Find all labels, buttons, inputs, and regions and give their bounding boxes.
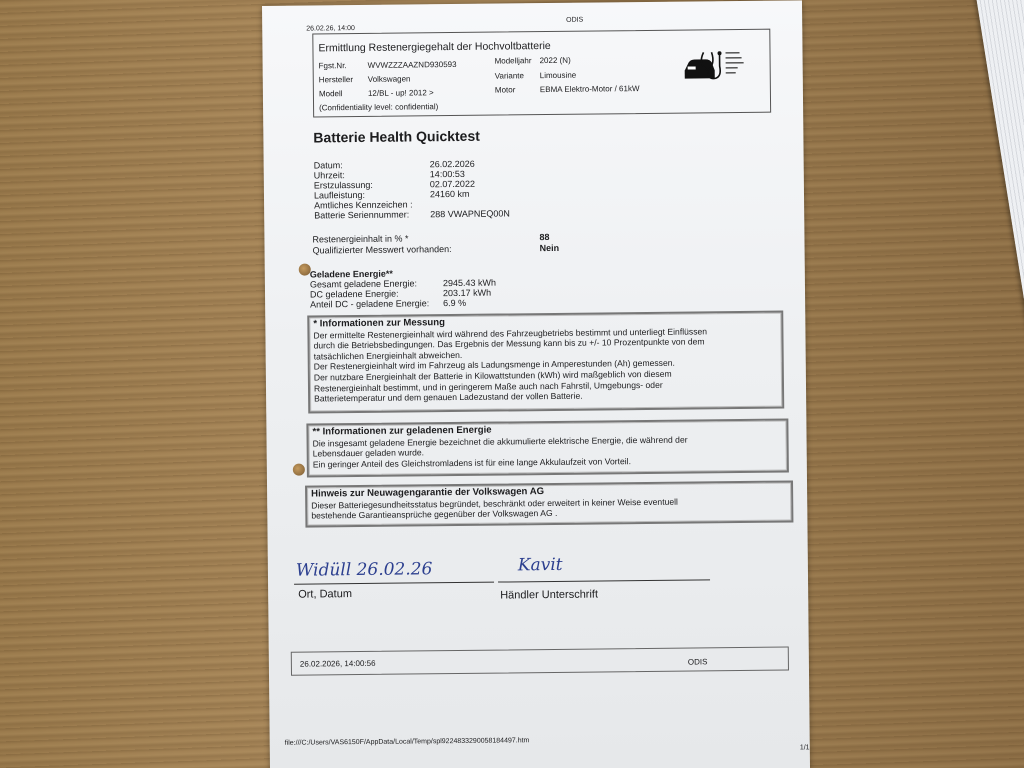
field-modell-label: Modell bbox=[319, 89, 343, 98]
energy-value: 6.9 % bbox=[443, 298, 466, 308]
print-footer-page: 1/1 bbox=[800, 744, 810, 751]
field-motor-value: EBMA Elektro-Motor / 61kW bbox=[540, 84, 640, 94]
charged-energy: Geladene Energie** Gesamt geladene Energ… bbox=[310, 268, 429, 309]
field-modelljahr-value: 2022 (N) bbox=[540, 56, 571, 65]
result-row-qualifiziert: Qualifizierter Messwert vorhanden:Nein bbox=[313, 244, 452, 256]
energy-value: 203.17 kWh bbox=[443, 288, 491, 299]
warranty-note-box: Hinweis zur Neuwagengarantie der Volkswa… bbox=[305, 480, 793, 527]
place-date-handwriting: Widüll 26.02.26 bbox=[296, 559, 433, 580]
vehicle-info: Datum:26.02.2026 Uhrzeit:14:00:53 Erstzu… bbox=[314, 160, 315, 220]
energy-row-anteil: Anteil DC - geladene Energie:6.9 % bbox=[310, 298, 429, 309]
result-label: Qualifizierter Messwert vorhanden: bbox=[313, 244, 452, 255]
info-label: Batterie Seriennummer: bbox=[314, 209, 409, 220]
field-variante-label: Variante bbox=[495, 71, 524, 80]
field-modelljahr-label: Modelljahr bbox=[495, 56, 532, 65]
info-value: 14:00:53 bbox=[430, 169, 465, 179]
info-label: Datum: bbox=[314, 160, 343, 170]
info-measurement-box: * Informationen zur Messung Der ermittel… bbox=[307, 311, 784, 414]
dealer-signature-label: Händler Unterschrift bbox=[500, 589, 598, 602]
car-diagnostic-stethoscope-icon bbox=[681, 48, 761, 83]
info-value: 24160 km bbox=[430, 189, 470, 199]
paper-stack bbox=[975, 0, 1024, 543]
info-label: Uhrzeit: bbox=[314, 170, 345, 180]
result-value: 88 bbox=[539, 232, 549, 243]
print-header-datetime: 26.02.26, 14:00 bbox=[306, 25, 355, 33]
info-value: 26.02.2026 bbox=[430, 159, 475, 169]
place-date-label: Ort, Datum bbox=[298, 588, 352, 601]
print-footer-path: file:///C:/Users/VAS6150F/AppData/Local/… bbox=[285, 737, 530, 747]
info-charged-box: ** Informationen zur geladenen Energie D… bbox=[306, 419, 789, 478]
field-fgst-label: Fgst.Nr. bbox=[319, 61, 347, 70]
info-label: Erstzulassung: bbox=[314, 180, 373, 191]
confidentiality-note: (Confidentiality level: confidential) bbox=[319, 102, 438, 112]
result-value: Nein bbox=[539, 243, 559, 254]
field-variante-value: Limousine bbox=[540, 71, 577, 80]
field-modell-value: 12/BL - up! 2012 > bbox=[368, 88, 434, 98]
info-value: 02.07.2022 bbox=[430, 179, 475, 189]
energy-value: 2945.43 kWh bbox=[443, 278, 496, 289]
field-hersteller-label: Hersteller bbox=[319, 75, 353, 84]
dealer-signature: Kavit bbox=[518, 555, 563, 575]
vehicle-header-box: Ermittlung Restenergiegehalt der Hochvol… bbox=[312, 29, 771, 118]
document-title: Batterie Health Quicktest bbox=[313, 128, 480, 146]
info-label: Laufleistung: bbox=[314, 190, 365, 201]
print-header-app: ODIS bbox=[566, 17, 583, 24]
header-title: Ermittlung Restenergiegehalt der Hochvol… bbox=[318, 40, 550, 54]
field-fgst-value: WVWZZZAAZND930593 bbox=[368, 60, 457, 70]
footer-box: 26.02.2026, 14:00:56 ODIS bbox=[291, 647, 789, 676]
punch-hole bbox=[293, 464, 305, 476]
footer-datetime: 26.02.2026, 14:00:56 bbox=[300, 659, 376, 669]
place-date-line bbox=[294, 582, 494, 585]
energy-label: Anteil DC - geladene Energie: bbox=[310, 298, 429, 309]
field-motor-label: Motor bbox=[495, 85, 516, 94]
field-hersteller-value: Volkswagen bbox=[368, 74, 411, 83]
footer-app: ODIS bbox=[688, 657, 708, 666]
result-label: Restenergieinhalt in % * bbox=[312, 233, 408, 244]
document-page: 26.02.26, 14:00 ODIS Ermittlung Restener… bbox=[262, 0, 810, 768]
dealer-signature-line bbox=[498, 579, 710, 582]
info-value: 288 VWAPNEQ00N bbox=[430, 208, 510, 219]
results: Restenergieinhalt in % *88 Qualifizierte… bbox=[312, 233, 451, 256]
